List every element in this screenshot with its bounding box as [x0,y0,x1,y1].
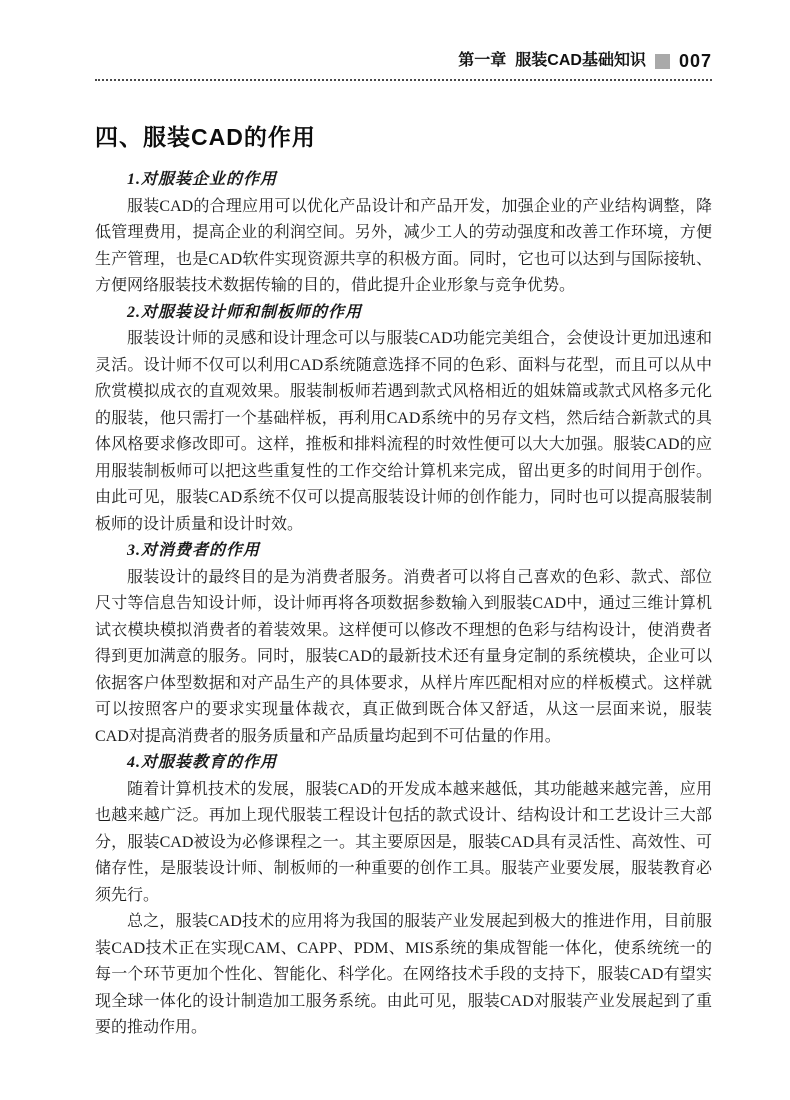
section-title: 四、服装CAD的作用 [95,122,712,152]
paragraph: 服装CAD的合理应用可以优化产品设计和产品开发，加强企业的产业结构调整，降低管理… [95,194,712,300]
paragraph: 随着计算机技术的发展，服装CAD的开发成本越来越低，其功能越来越完善，应用也越来… [95,777,712,910]
paragraph: 服装设计师的灵感和设计理念可以与服装CAD功能完美组合，会使设计更加迅速和灵活。… [95,326,712,538]
chapter-label: 第一章 [458,52,506,70]
subsection-designers: 2.对服装设计师和制板师的作用 服装设计师的灵感和设计理念可以与服装CAD功能完… [95,300,712,539]
page-number: 007 [679,52,712,70]
header-square-marker-icon [655,54,670,69]
page-content: 四、服装CAD的作用 1.对服装企业的作用 服装CAD的合理应用可以优化产品设计… [95,122,712,1042]
chapter-title: 服装CAD基础知识 [515,52,646,70]
subsection-heading-1: 1.对服装企业的作用 [95,167,712,194]
subsection-education: 4.对服装教育的作用 随着计算机技术的发展，服装CAD的开发成本越来越低，其功能… [95,750,712,1042]
page-header: 第一章 服装CAD基础知识 007 [95,52,712,81]
subsection-heading-4: 4.对服装教育的作用 [95,750,712,777]
closing-paragraph: 总之，服装CAD技术的应用将为我国的服装产业发展起到极大的推进作用，目前服装CA… [95,909,712,1042]
subsection-consumers: 3.对消费者的作用 服装设计的最终目的是为消费者服务。消费者可以将自己喜欢的色彩… [95,538,712,750]
paragraph: 服装设计的最终目的是为消费者服务。消费者可以将自己喜欢的色彩、款式、部位尺寸等信… [95,565,712,751]
subsection-enterprise: 1.对服装企业的作用 服装CAD的合理应用可以优化产品设计和产品开发，加强企业的… [95,167,712,300]
subsection-heading-3: 3.对消费者的作用 [95,538,712,565]
subsection-heading-2: 2.对服装设计师和制板师的作用 [95,300,712,327]
book-page: 第一章 服装CAD基础知识 007 四、服装CAD的作用 1.对服装企业的作用 … [0,0,790,1100]
